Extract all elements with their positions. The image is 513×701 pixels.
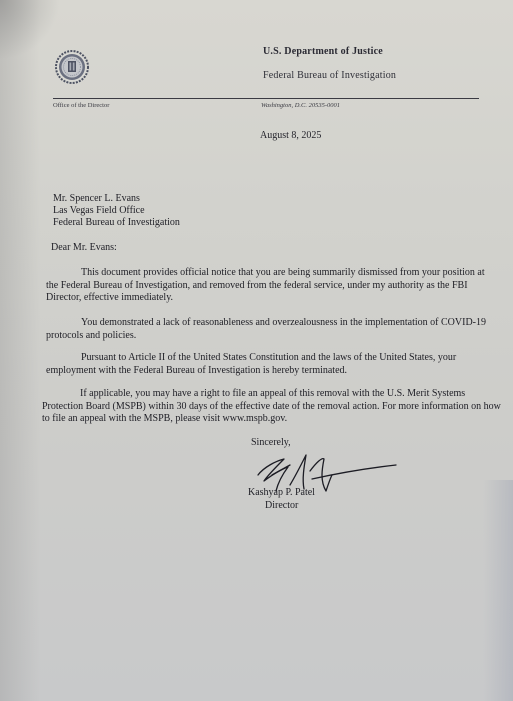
page-shadow-left [0, 0, 40, 701]
body-paragraph-appeal: If applicable, you may have a right to f… [42, 388, 502, 426]
recipient-office: Las Vegas Field Office [53, 205, 180, 217]
fbi-seal-icon [54, 49, 90, 85]
body-paragraph-authority: Pursuant to Article II of the United Sta… [46, 352, 496, 377]
signer-name: Kashyap P. Patel [248, 487, 315, 498]
office-label: Office of the Director [53, 102, 109, 109]
letter-date: August 8, 2025 [260, 130, 321, 141]
recipient-block: Mr. Spencer L. Evans Las Vegas Field Off… [53, 193, 180, 229]
office-address: Washington, D.C. 20535-0001 [261, 102, 340, 109]
page-shadow-right [483, 480, 513, 701]
recipient-name: Mr. Spencer L. Evans [53, 193, 180, 205]
bureau-name: Federal Bureau of Investigation [263, 70, 396, 81]
recipient-organization: Federal Bureau of Investigation [53, 217, 180, 229]
salutation: Dear Mr. Evans: [51, 242, 117, 253]
signer-title: Director [265, 500, 298, 511]
page-shadow-corner [0, 0, 60, 60]
letterhead-divider [53, 98, 479, 99]
agency-name: U.S. Department of Justice [263, 46, 383, 57]
body-paragraph-reason: You demonstrated a lack of reasonablenes… [46, 317, 496, 342]
body-paragraph-dismissal: This document provides official notice t… [46, 267, 496, 305]
